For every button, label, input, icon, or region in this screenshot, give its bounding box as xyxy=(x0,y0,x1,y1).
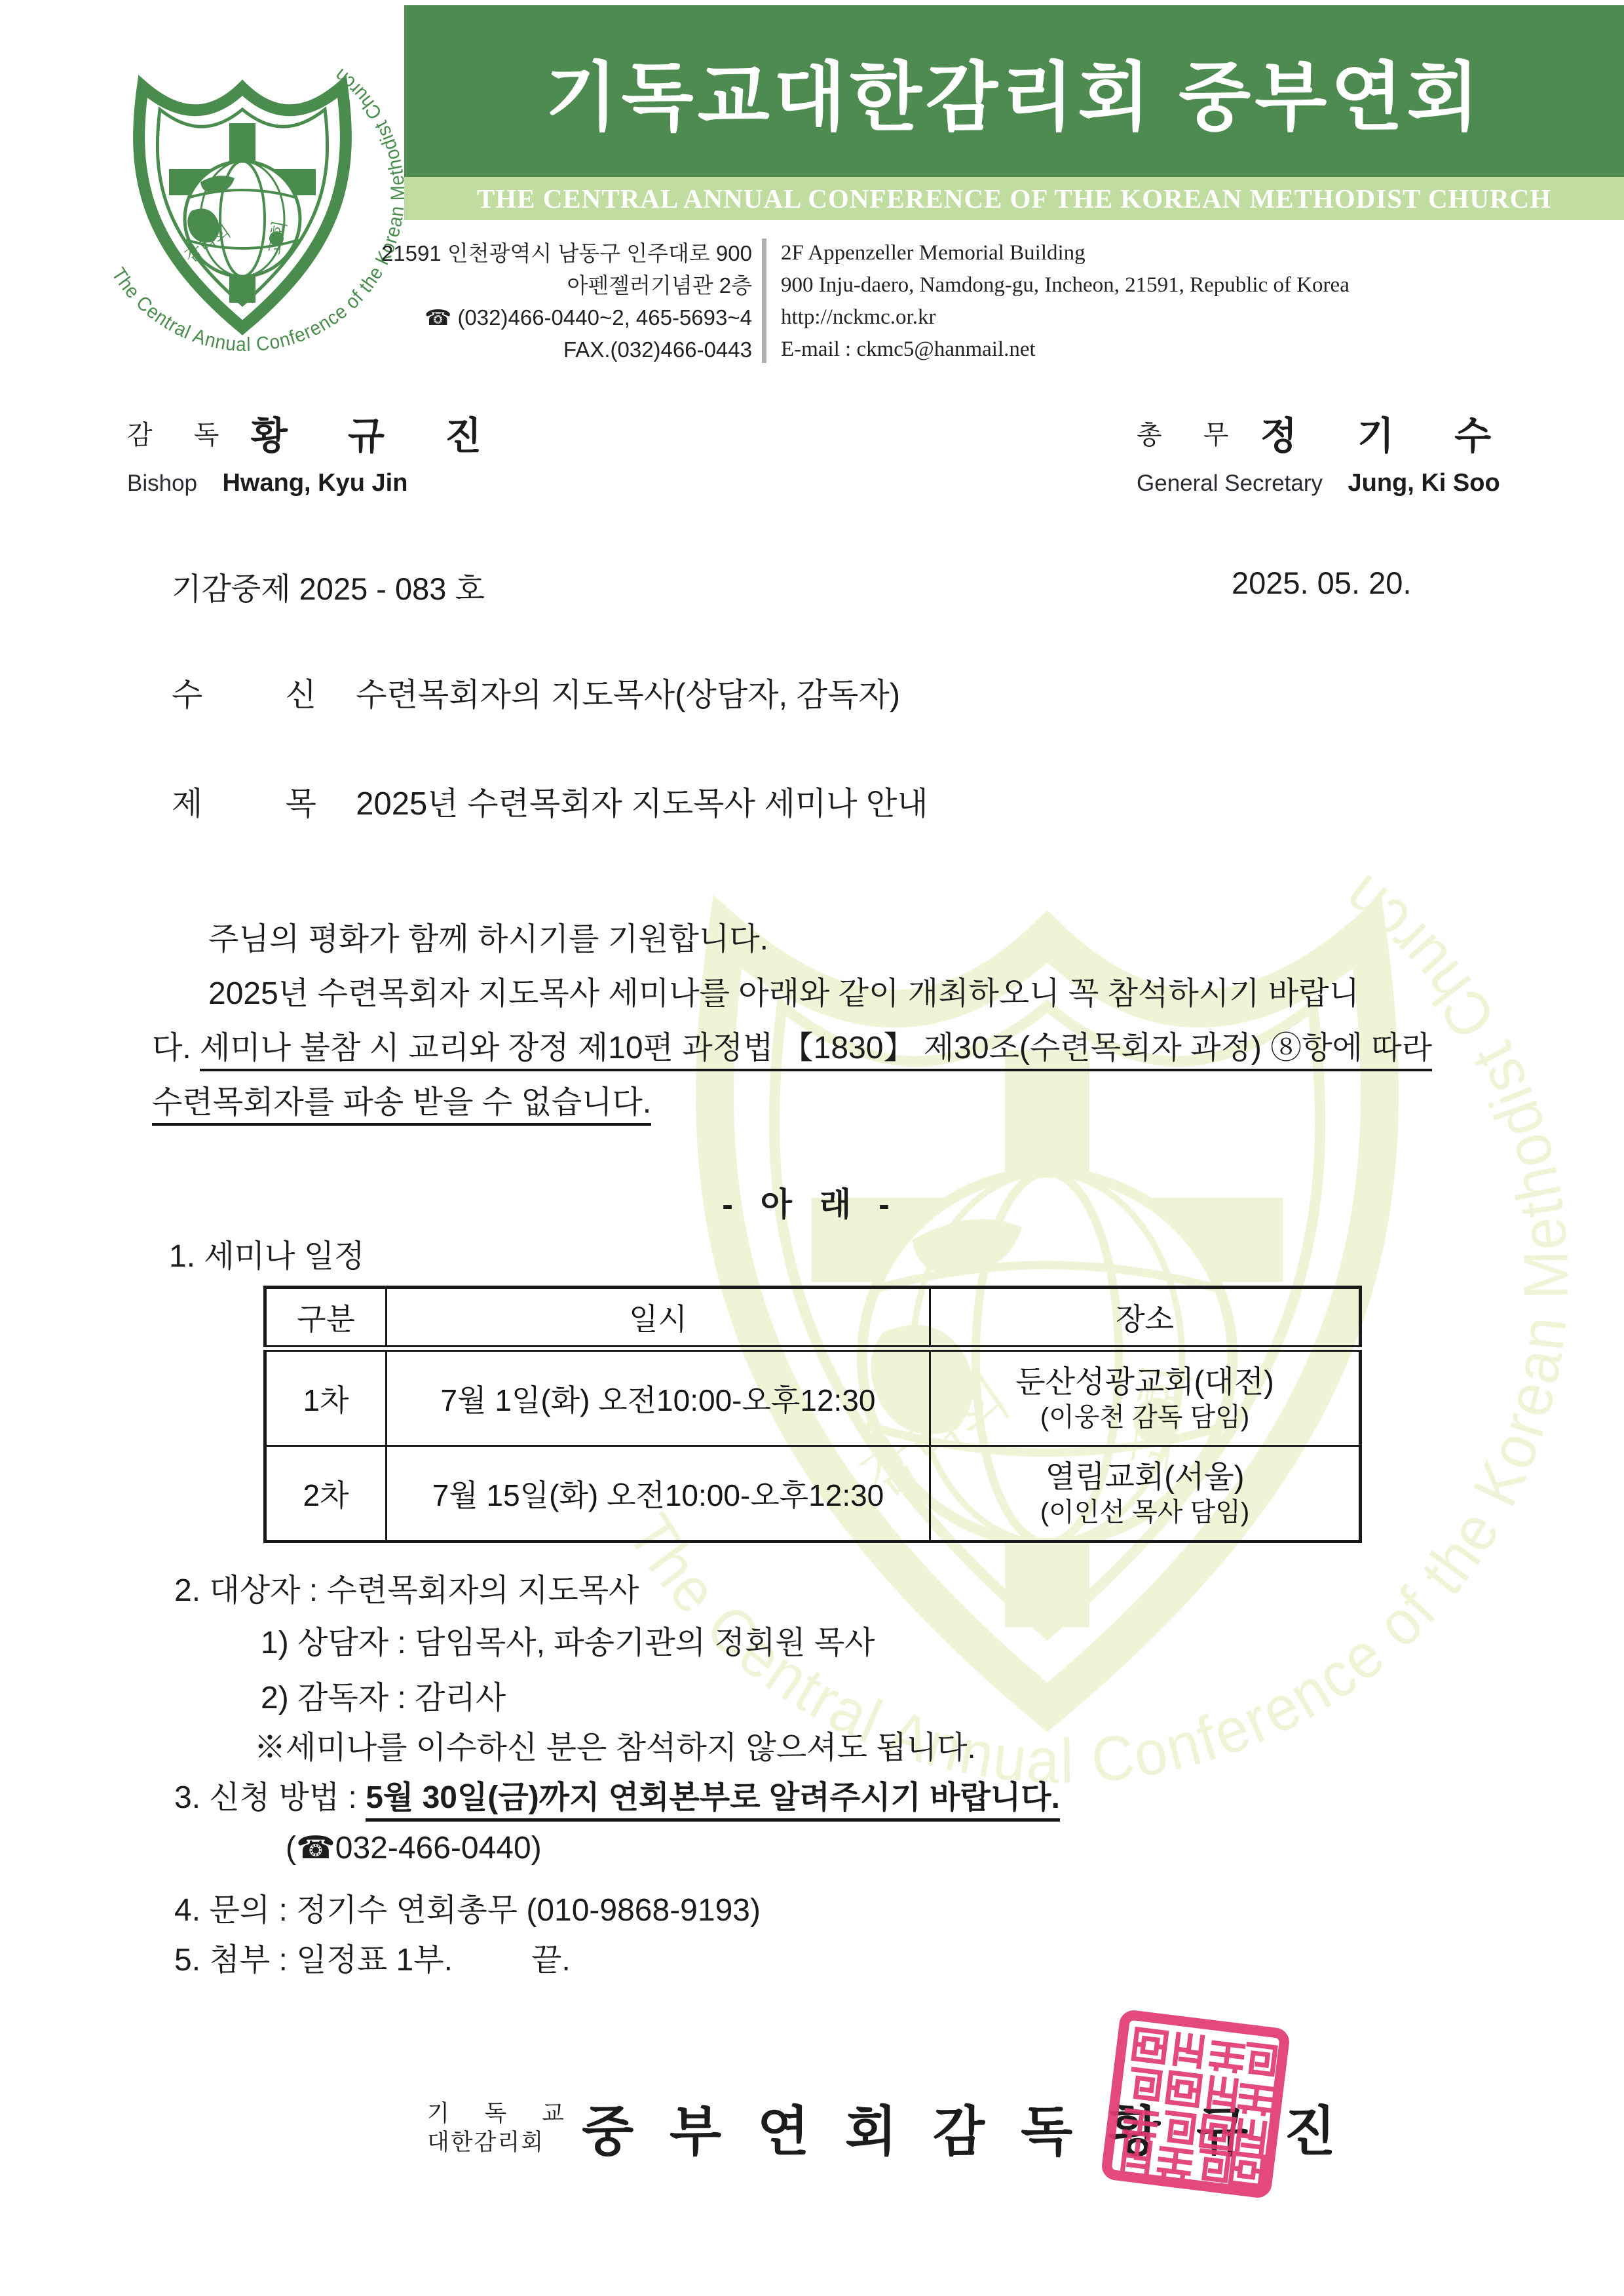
signature-org: 기 독 교 대한감리회 xyxy=(427,2099,578,2157)
item-2-sub-2: 2) 감독자 : 감리사 xyxy=(261,1672,506,1717)
cell-round: 2차 xyxy=(265,1446,387,1542)
table-row: 1차 7월 1일(화) 오전10:00-오후12:30 둔산성광교회(대전) (… xyxy=(265,1349,1361,1446)
address-kr-line: FAX.(032)466-0443 xyxy=(262,334,752,366)
address-kr-line: 아펜젤러기념관 2층 xyxy=(262,269,752,301)
col-header-datetime: 일시 xyxy=(387,1288,930,1349)
table-row: 2차 7월 15일(화) 오전10:00-오후12:30 열림교회(서울) (이… xyxy=(265,1446,1361,1542)
item-4-line: 4. 문의 : 정기수 연회총무 (010-9868-9193) xyxy=(174,1885,761,1930)
document-date: 2025. 05. 20. xyxy=(1232,565,1411,601)
bishop-name-en: Hwang, Kyu Jin xyxy=(222,469,407,497)
item-2-heading: 2. 대상자 : 수련목회자의 지도목사 xyxy=(174,1565,639,1610)
below-marker: - 아 래 - xyxy=(152,1178,1469,1225)
subject-line: 제 목 2025년 수련목회자 지도목사 세미나 안내 xyxy=(172,778,928,824)
address-english: 2F Appenzeller Memorial Building 900 Inj… xyxy=(781,237,1619,366)
body-paragraph: 주님의 평화가 함께 하시기를 기원합니다. 2025년 수련목회자 지도목사 … xyxy=(152,912,1469,1130)
org-banner-subtitle-strip: THE CENTRAL ANNUAL CONFERENCE OF THE KOR… xyxy=(404,177,1624,220)
signature-org-line-2: 대한감리회 xyxy=(427,2128,578,2157)
address-en-line: 2F Appenzeller Memorial Building xyxy=(781,237,1619,269)
org-title: 기독교대한감리회 중부연회 xyxy=(545,37,1482,145)
bishop-name-kr: 황 규 진 xyxy=(251,415,506,457)
secretary-name-kr: 정 기 수 xyxy=(1260,415,1516,457)
address-en-line: 900 Inju-daero, Namdong-gu, Incheon, 215… xyxy=(781,269,1619,301)
subject-label-1: 제 xyxy=(172,778,276,824)
col-header-round: 구분 xyxy=(265,1288,387,1349)
greeting-line: 주님의 평화가 함께 하시기를 기원합니다. xyxy=(152,912,1469,966)
recipient-label-2: 신 xyxy=(286,670,347,716)
body-line-2: 다. 세미나 불참 시 교리와 장정 제10편 과정법 【1830】 제30조(… xyxy=(152,1021,1469,1075)
schedule-table: 구분 일시 장소 1차 7월 1일(화) 오전10:00-오후12:30 둔산성… xyxy=(263,1286,1362,1543)
schedule-heading: 1. 세미나 일정 xyxy=(169,1231,365,1276)
item-2-note: ※세미나를 이수하신 분은 참석하지 않으셔도 됩니다. xyxy=(254,1722,976,1767)
secretary-name-en: Jung, Ki Soo xyxy=(1348,469,1500,497)
item-3-line: 3. 신청 방법 : 5월 30일(금)까지 연회본부로 알려주시기 바랍니다. xyxy=(174,1772,1060,1817)
bishop-block: 감 독 황 규 진 Bishop Hwang, Kyu Jin xyxy=(127,405,506,497)
address-en-line: E-mail : ckmc5@hanmail.net xyxy=(781,334,1619,366)
col-header-place: 장소 xyxy=(930,1288,1361,1349)
place-pastor: (이인선 목사 담임) xyxy=(931,1496,1359,1529)
item-2-sub-1: 1) 상담자 : 담임목사, 파송기관의 정회원 목사 xyxy=(261,1617,875,1662)
bishop-label-en: Bishop xyxy=(127,470,197,496)
address-en-line: http://nckmc.or.kr xyxy=(781,301,1619,334)
document-page: 감리회 교회 The Central Annual Conference of … xyxy=(0,0,1624,2296)
cell-place: 열림교회(서울) (이인선 목사 담임) xyxy=(930,1446,1361,1542)
item-5-end: 끝. xyxy=(531,1943,571,1978)
body-line-2-prefix: 다. xyxy=(152,1031,200,1065)
secretary-label-kr: 총 무 xyxy=(1137,421,1245,450)
cell-datetime: 7월 1일(화) 오전10:00-오후12:30 xyxy=(387,1349,930,1446)
cell-datetime: 7월 15일(화) 오전10:00-오후12:30 xyxy=(387,1446,930,1542)
official-seal xyxy=(1100,2008,1291,2200)
body-line-3-underlined: 수련목회자를 파송 받을 수 없습니다. xyxy=(152,1085,651,1126)
cell-place: 둔산성광교회(대전) (이웅천 감독 담임) xyxy=(930,1349,1361,1446)
item-3-phone: (☎032-466-0440) xyxy=(286,1829,542,1866)
address-kr-line: 21591 인천광역시 남동구 인주대로 900 xyxy=(262,237,752,269)
subject-value: 2025년 수련목회자 지도목사 세미나 안내 xyxy=(356,786,928,822)
seal-icon xyxy=(1100,2008,1291,2200)
secretary-block: 총 무 정 기 수 General Secretary Jung, Ki Soo xyxy=(1137,405,1516,497)
subject-label-2: 목 xyxy=(286,778,347,824)
cell-round: 1차 xyxy=(265,1349,387,1446)
secretary-label-en: General Secretary xyxy=(1137,470,1323,496)
place-name: 둔산성광교회(대전) xyxy=(931,1363,1359,1401)
recipient-label-1: 수 xyxy=(172,670,276,716)
body-line-2-underlined: 세미나 불참 시 교리와 장정 제10편 과정법 【1830】 제30조(수련목… xyxy=(200,1031,1432,1071)
recipient-line: 수 신 수련목회자의 지도목사(상담자, 감독자) xyxy=(172,670,900,716)
item-3-prefix: 3. 신청 방법 : xyxy=(174,1780,366,1815)
address-kr-line: ☎ (032)466-0440~2, 465-5693~4 xyxy=(262,301,752,334)
place-name: 열림교회(서울) xyxy=(931,1458,1359,1496)
body-line-1: 2025년 수련목회자 지도목사 세미나를 아래와 같이 개최하오니 꼭 참석하… xyxy=(152,966,1469,1021)
place-pastor: (이웅천 감독 담임) xyxy=(931,1401,1359,1434)
address-korean: 21591 인천광역시 남동구 인주대로 900 아펜젤러기념관 2층 ☎ (0… xyxy=(262,237,752,366)
document-number: 기감중제 2025 - 083 호 xyxy=(172,565,485,609)
table-header-row: 구분 일시 장소 xyxy=(265,1288,1361,1349)
org-banner: 기독교대한감리회 중부연회 xyxy=(404,5,1624,177)
signature-org-line-1: 기 독 교 xyxy=(427,2099,578,2128)
address-divider xyxy=(762,239,766,363)
item-3-underlined: 5월 30일(금)까지 연회본부로 알려주시기 바랍니다. xyxy=(366,1780,1060,1822)
item-5-attachment: 5. 첨부 : 일정표 1부. xyxy=(174,1943,453,1978)
bishop-label-kr: 감 독 xyxy=(127,421,236,450)
item-5-line: 5. 첨부 : 일정표 1부.끝. xyxy=(174,1934,571,1980)
recipient-value: 수련목회자의 지도목사(상담자, 감독자) xyxy=(356,678,900,713)
org-subtitle: THE CENTRAL ANNUAL CONFERENCE OF THE KOR… xyxy=(477,183,1551,214)
body-line-3: 수련목회자를 파송 받을 수 없습니다. xyxy=(152,1075,1469,1130)
